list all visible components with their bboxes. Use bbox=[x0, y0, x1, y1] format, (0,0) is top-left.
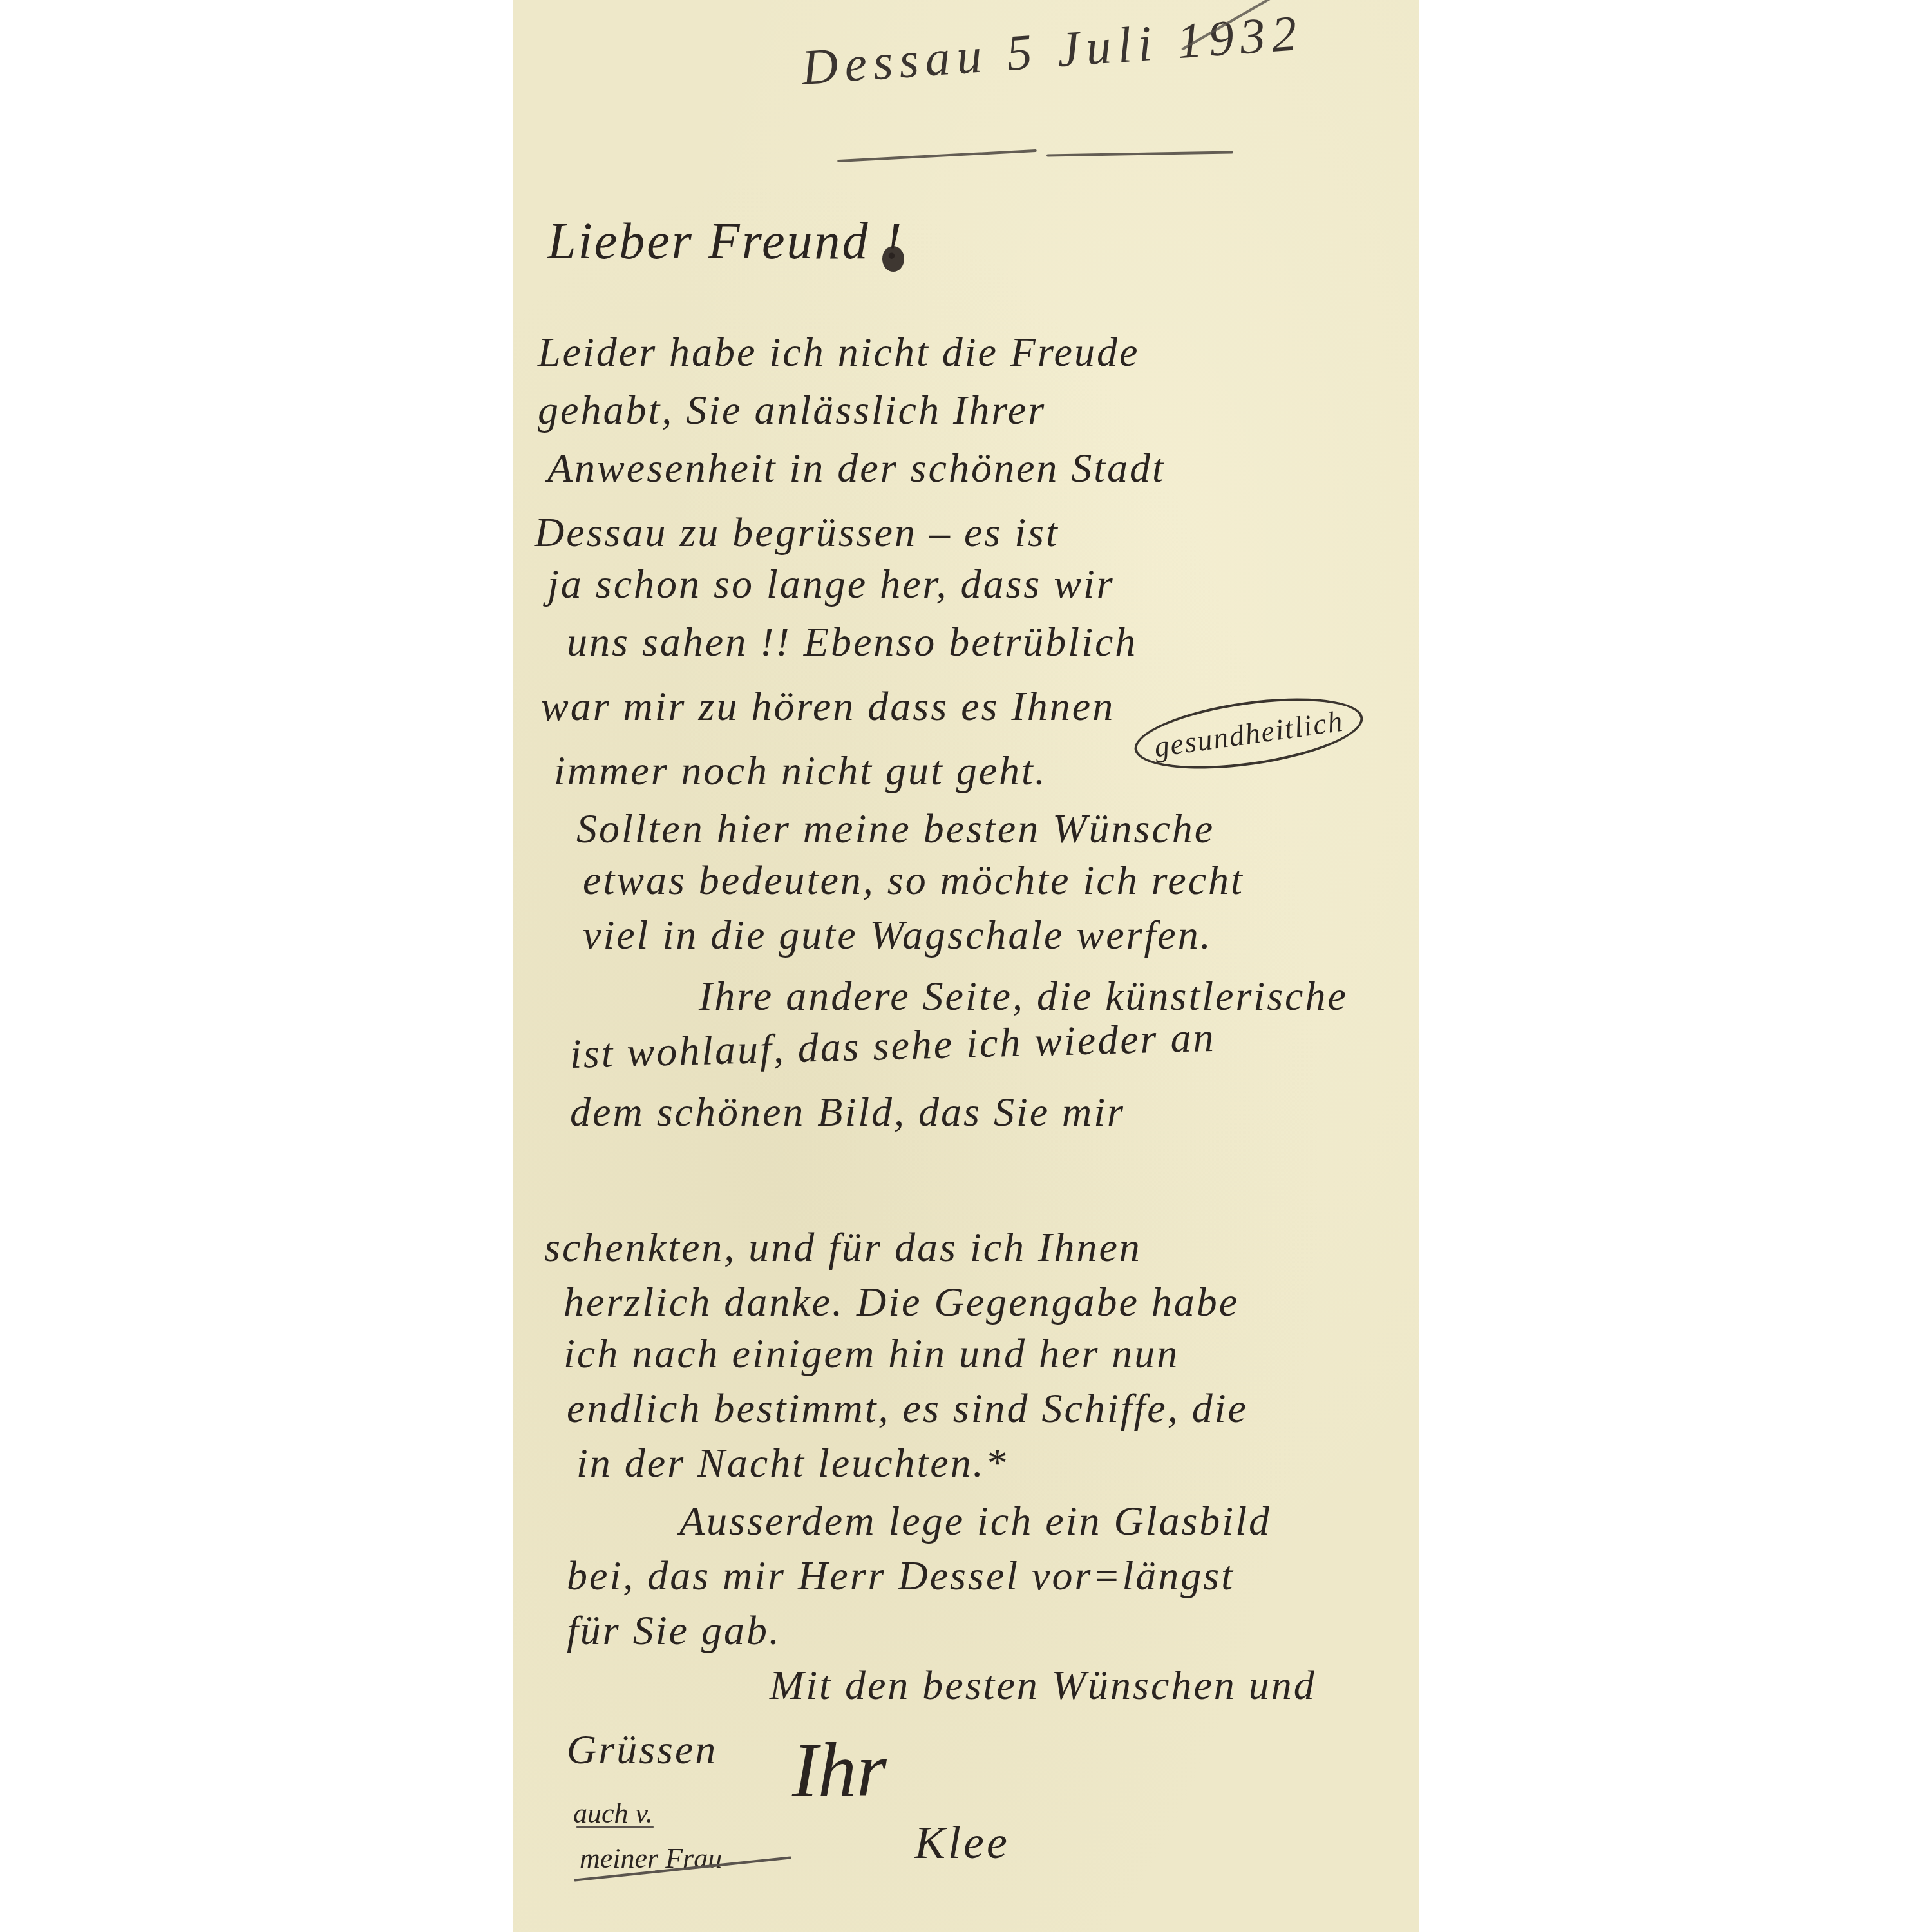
body-line-17: ich nach einigem hin und her nun bbox=[563, 1330, 1179, 1378]
body-line-24: Grüssen bbox=[567, 1726, 717, 1774]
body-line-21: bei, das mir Herr Dessel vor=längst bbox=[567, 1552, 1235, 1600]
body-line-4: Dessau zu begrüssen – es ist bbox=[535, 509, 1059, 556]
postscript-line-2: meiner Frau bbox=[580, 1842, 722, 1875]
body-line-8: immer noch nicht gut geht. bbox=[554, 747, 1047, 795]
body-line-2: gehabt, Sie anlässlich Ihrer bbox=[538, 386, 1046, 434]
body-line-23: Mit den besten Wünschen und bbox=[770, 1662, 1316, 1709]
postscript-line-1: auch v. bbox=[573, 1797, 653, 1830]
body-line-18: endlich bestimmt, es sind Schiffe, die bbox=[567, 1385, 1248, 1432]
body-line-5: ja schon so lange her, dass wir bbox=[547, 560, 1115, 608]
body-line-20: Ausserdem lege ich ein Glasbild bbox=[679, 1497, 1271, 1545]
body-line-1: Leider habe ich nicht die Freude bbox=[538, 328, 1139, 376]
body-line-9: Sollten hier meine besten Wünsche bbox=[576, 805, 1215, 853]
closing-ihr: Ihr bbox=[792, 1726, 887, 1815]
body-line-3: Anwesenheit in der schönen Stadt bbox=[547, 444, 1166, 492]
postscript-underline-1 bbox=[576, 1826, 654, 1828]
body-line-7: war mir zu hören dass es Ihnen bbox=[541, 683, 1115, 730]
body-line-19: in der Nacht leuchten.* bbox=[576, 1439, 1008, 1487]
ink-blot bbox=[882, 246, 904, 272]
body-line-10: etwas bedeuten, so möchte ich recht bbox=[583, 857, 1244, 904]
body-line-14: dem schönen Bild, das Sie mir bbox=[570, 1088, 1125, 1136]
body-line-11: viel in die gute Wagschale werfen. bbox=[583, 911, 1213, 959]
body-line-12: Ihre andere Seite, die künstlerische bbox=[699, 972, 1348, 1020]
body-line-6: uns sahen !! Ebenso betrüblich bbox=[567, 618, 1137, 666]
salutation: Lieber Freund ! bbox=[547, 213, 904, 271]
body-line-22: für Sie gab. bbox=[567, 1607, 781, 1654]
body-line-16: herzlich danke. Die Gegengabe habe bbox=[563, 1278, 1239, 1326]
body-line-15: schenkten, und für das ich Ihnen bbox=[544, 1224, 1142, 1271]
signature: Klee bbox=[914, 1816, 1010, 1870]
